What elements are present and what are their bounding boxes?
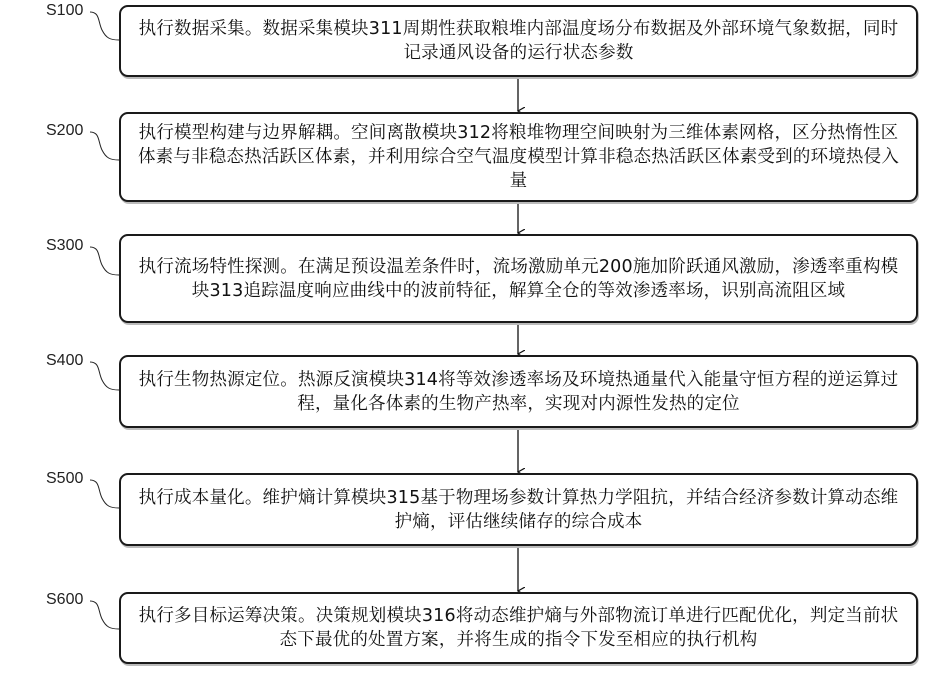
step-box-s600: 执行多目标运筹决策。决策规划模块316将动态维护熵与外部物流订单进行匹配优化，判… [119, 592, 918, 664]
leader-s200 [90, 132, 119, 160]
leader-s500 [90, 480, 119, 508]
step-text-s400: 执行生物热源定位。热源反演模块314将等效渗透率场及环境热通量代入能量守恒方程的… [131, 368, 906, 416]
leader-s600 [90, 601, 119, 629]
step-text-s300: 执行流场特性探测。在满足预设温差条件时，流场激励单元200施加阶跃通风激励，渗透… [131, 255, 906, 303]
step-label-s600: S600 [46, 591, 83, 609]
step-text-s200: 执行模型构建与边界解耦。空间离散模块312将粮堆物理空间映射为三维体素网格，区分… [131, 121, 906, 193]
step-box-s200: 执行模型构建与边界解耦。空间离散模块312将粮堆物理空间映射为三维体素网格，区分… [119, 112, 918, 202]
step-label-s500: S500 [46, 470, 83, 488]
step-label-s100: S100 [46, 2, 83, 20]
leader-s300 [90, 247, 119, 275]
step-label-s200: S200 [46, 122, 83, 140]
step-label-s300: S300 [46, 237, 83, 255]
leader-s100 [90, 12, 119, 40]
step-box-s100: 执行数据采集。数据采集模块311周期性获取粮堆内部温度场分布数据及外部环境气象数… [119, 5, 918, 77]
leader-s400 [90, 362, 119, 390]
step-box-s300: 执行流场特性探测。在满足预设温差条件时，流场激励单元200施加阶跃通风激励，渗透… [119, 234, 918, 323]
step-box-s500: 执行成本量化。维护熵计算模块315基于物理场参数计算热力学阻抗，并结合经济参数计… [119, 473, 918, 546]
step-label-s400: S400 [46, 352, 83, 370]
flow-connectors [0, 0, 935, 686]
step-text-s600: 执行多目标运筹决策。决策规划模块316将动态维护熵与外部物流订单进行匹配优化，判… [131, 604, 906, 652]
step-text-s100: 执行数据采集。数据采集模块311周期性获取粮堆内部温度场分布数据及外部环境气象数… [131, 17, 906, 65]
step-box-s400: 执行生物热源定位。热源反演模块314将等效渗透率场及环境热通量代入能量守恒方程的… [119, 355, 918, 428]
step-text-s500: 执行成本量化。维护熵计算模块315基于物理场参数计算热力学阻抗，并结合经济参数计… [131, 486, 906, 534]
